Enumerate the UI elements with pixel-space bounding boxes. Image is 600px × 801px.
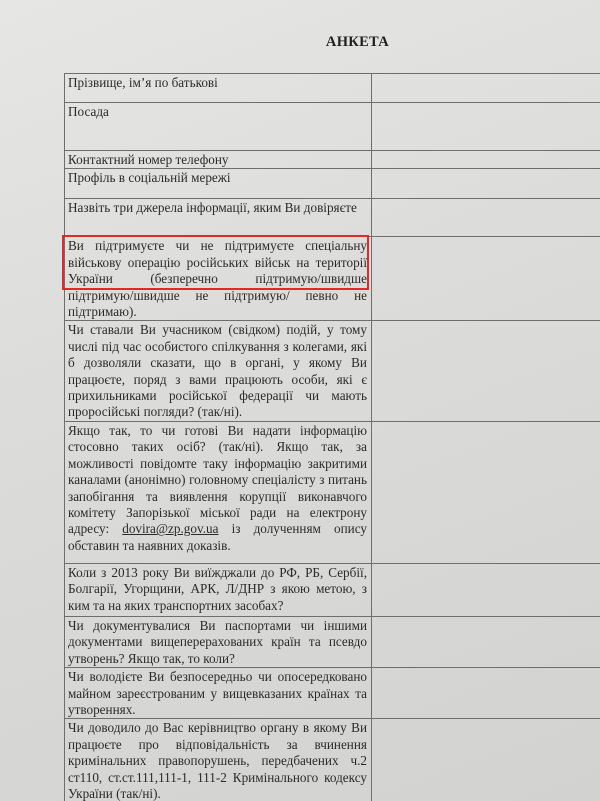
question-travel: Коли з 2013 року Ви виїжджали до РФ, РБ,… [65,563,372,616]
document-title: АНКЕТА [0,34,600,51]
email-link[interactable]: dovira@zp.gov.ua [122,521,218,536]
question-liability: Чи доводило до Вас керівництво органу в … [65,719,372,801]
answer-support-operation[interactable] [372,237,600,321]
table-row-social-profile: Профіль в соціальній мережі [65,169,600,199]
answer-phone[interactable] [372,151,600,169]
question-provide-info-text: Якщо так, то чи готові Ви надати інформа… [68,423,367,536]
question-position: Посада [65,103,372,151]
table-row-documents: Чи документувалися Ви паспортами чи інши… [65,616,600,667]
answer-social-profile[interactable] [372,169,600,199]
question-support-operation: Ви підтримуєте чи не підтримуєте спеціал… [65,237,372,321]
table-row-position: Посада [65,103,600,151]
questionnaire-table: Прізвище, ім’я по батькові Посада Контак… [64,73,600,801]
question-info-sources: Назвіть три джерела інформації, яким Ви … [65,199,372,237]
answer-property[interactable] [372,668,600,719]
table-row-support-operation: Ви підтримуєте чи не підтримуєте спеціал… [65,237,600,321]
table-row-property: Чи володієте Ви безпосередньо чи опосере… [65,668,600,719]
answer-position[interactable] [372,103,600,151]
table-row-travel: Коли з 2013 року Ви виїжджали до РФ, РБ,… [65,563,600,616]
question-full-name: Прізвище, ім’я по батькові [65,74,372,103]
table-row-provide-info: Якщо так, то чи готові Ви надати інформа… [65,421,600,563]
table-row-phone: Контактний номер телефону [65,151,600,169]
table-row-full-name: Прізвище, ім’я по батькові [65,74,600,103]
answer-documents[interactable] [372,616,600,667]
table-row-info-sources: Назвіть три джерела інформації, яким Ви … [65,199,600,237]
answer-liability[interactable] [372,719,600,801]
question-witness-events: Чи ставали Ви учасником (свідком) подій,… [65,321,372,421]
answer-witness-events[interactable] [372,321,600,421]
answer-full-name[interactable] [372,74,600,103]
question-documents: Чи документувалися Ви паспортами чи інши… [65,616,372,667]
answer-travel[interactable] [372,563,600,616]
question-provide-info: Якщо так, то чи готові Ви надати інформа… [65,421,372,563]
question-phone: Контактний номер телефону [65,151,372,169]
question-social-profile: Профіль в соціальній мережі [65,169,372,199]
question-property: Чи володієте Ви безпосередньо чи опосере… [65,668,372,719]
table-row-witness-events: Чи ставали Ви учасником (свідком) подій,… [65,321,600,421]
answer-provide-info[interactable] [372,421,600,563]
table-row-liability: Чи доводило до Вас керівництво органу в … [65,719,600,801]
answer-info-sources[interactable] [372,199,600,237]
